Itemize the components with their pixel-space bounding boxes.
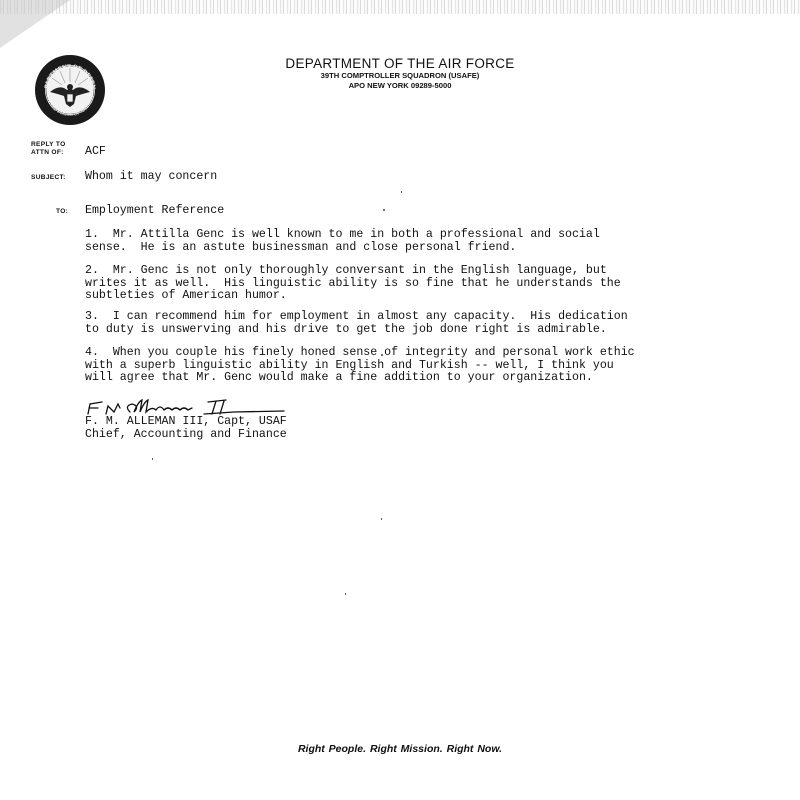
paragraph-2: 2. Mr. Genc is not only thoroughly conve… xyxy=(85,265,621,303)
reply-to-value: ACF xyxy=(85,146,106,159)
scan-corner-shadow xyxy=(0,0,70,48)
scan-speck xyxy=(345,593,346,595)
paragraph-3: 3. I can recommend him for employment in… xyxy=(85,311,628,336)
signer-title: Chief, Accounting and Finance xyxy=(85,429,287,442)
department-title: DEPARTMENT OF THE AIR FORCE xyxy=(250,56,550,71)
scan-speck xyxy=(152,458,153,460)
signer-name: F. M. ALLEMAN III, Capt, USAF xyxy=(85,416,287,429)
signature-block: F. M. ALLEMAN III, Capt, USAFChief, Acco… xyxy=(85,416,287,441)
footer-motto: Right People. Right Mission. Right Now. xyxy=(250,743,550,755)
subject-value: Whom it may concern xyxy=(85,171,217,184)
department-of-defense-seal-icon: DEPARTMENT OF DEFENSE UNITED STATES OF A… xyxy=(34,54,106,126)
svg-text:F M Alleman III: F M Alleman III xyxy=(84,398,91,399)
to-value: Employment Reference xyxy=(85,205,224,218)
paragraph-4: 4. When you couple his finely honed sens… xyxy=(85,347,635,385)
reply-to-label: REPLY TO ATTN OF: xyxy=(31,141,66,157)
paragraph-1: 1. Mr. Attilla Genc is well known to me … xyxy=(85,229,600,254)
scan-speck xyxy=(401,191,402,193)
letterhead: DEPARTMENT OF THE AIR FORCE 39TH COMPTRO… xyxy=(250,56,550,91)
scan-speck xyxy=(381,354,383,356)
scan-speck xyxy=(383,209,385,211)
mailing-address: APO NEW YORK 09289-5000 xyxy=(250,81,550,91)
scan-noise-band xyxy=(0,0,800,14)
to-label: TO: xyxy=(56,208,68,216)
scan-speck xyxy=(381,518,382,520)
unit-name: 39TH COMPTROLLER SQUADRON (USAFE) xyxy=(250,71,550,81)
subject-label: SUBJECT: xyxy=(31,174,66,182)
